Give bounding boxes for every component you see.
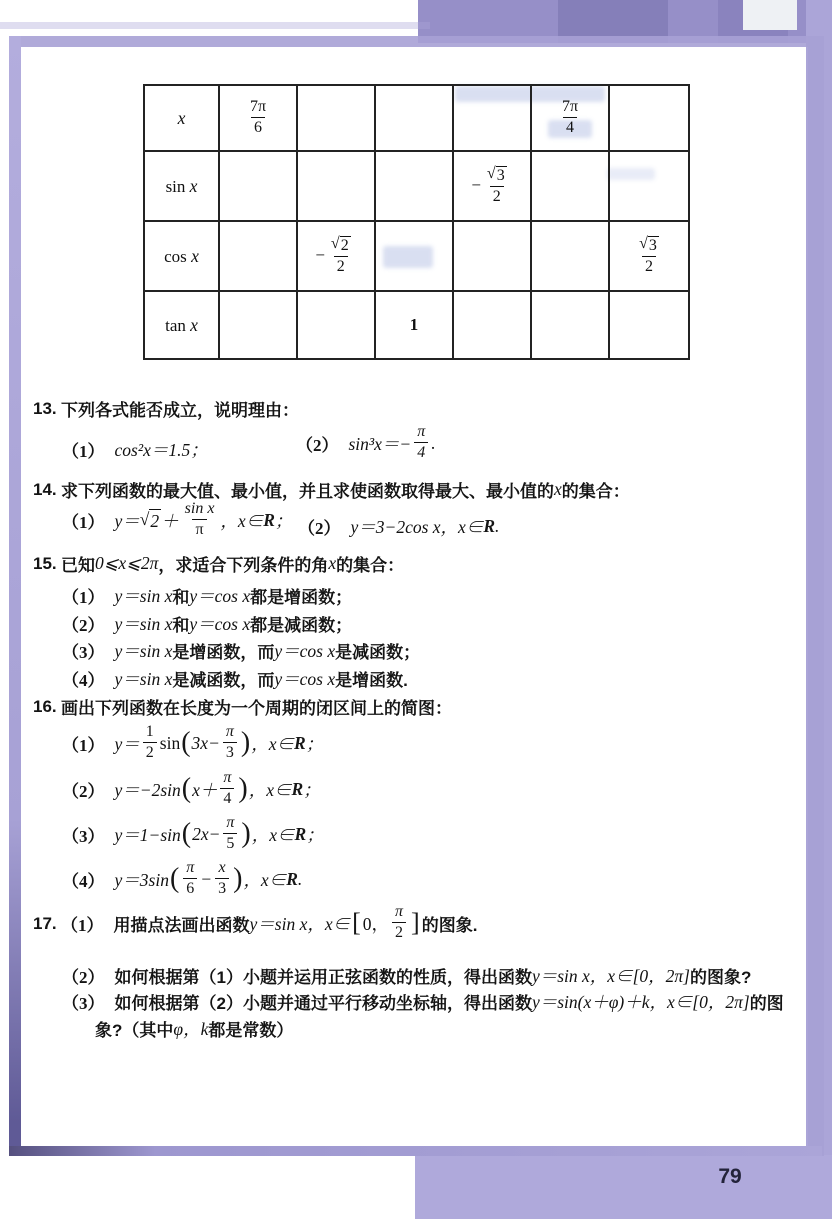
row-header-sin: sin x <box>144 151 219 221</box>
problem-number: 16. <box>33 697 61 717</box>
cell-sin-2 <box>297 151 375 221</box>
problem-number: 17. <box>33 914 61 934</box>
cell-x-1: 7π6 <box>219 85 297 151</box>
row-header-cos: cos x <box>144 221 219 291</box>
problem-17-item-2: （2） 如何根据第（1）小题并运用正弦函数的性质，得出函数 y＝sin x，x∈… <box>62 963 751 988</box>
table-row: x 7π6 7π4 <box>144 85 689 151</box>
problem-number: 15. <box>33 554 61 574</box>
cell-tan-4 <box>453 291 531 359</box>
cell-tan-6 <box>609 291 689 359</box>
cell-x-3 <box>375 85 453 151</box>
problem-14-item-2: （2） y＝3−2cos x ，x∈ R . <box>298 514 499 539</box>
border-white-notch <box>743 0 797 30</box>
problem-16-item-1: （1） y＝ 12 sin ( 3x− π3 ) ，x∈ R ； <box>62 725 323 762</box>
row-header-tan: tan x <box>144 291 219 359</box>
problem-16-item-2: （2） y＝−2sin ( x＋ π4 ) ，x∈ R ； <box>62 771 321 808</box>
table-row: cos x −√22 √32 <box>144 221 689 291</box>
cell-sin-3 <box>375 151 453 221</box>
problem-15-item-1: （1） y＝sin x 和 y＝cos x 都是增函数； <box>62 583 352 608</box>
problem-title: 下列各式能否成立，说明理由： <box>61 396 299 421</box>
cell-cos-1 <box>219 221 297 291</box>
cell-sin-6 <box>609 151 689 221</box>
problem-14-item-1: （1） y＝ √2 ＋ sin xπ ，x∈ R ； <box>62 502 292 539</box>
problem-14-title: 14. 求下列函数的最大值、最小值，并且求使函数取得最大、最小值的 x 的集合： <box>33 477 630 502</box>
cell-x-4 <box>453 85 531 151</box>
page-frame-left <box>9 36 21 1156</box>
problem-17-item-3: （3） 如何根据第（2）小题并通过平行移动坐标轴，得出函数 y＝sin(x＋φ)… <box>62 989 784 1014</box>
cell-tan-1 <box>219 291 297 359</box>
cell-tan-5 <box>531 291 609 359</box>
cell-cos-5 <box>531 221 609 291</box>
cell-sin-5 <box>531 151 609 221</box>
problem-17-item-1: 17. （1） 用描点法画出函数 y＝sin x，x∈ [ 0， π2 ] 的图… <box>33 905 477 942</box>
page-frame-top <box>10 36 822 47</box>
cell-sin-1 <box>219 151 297 221</box>
page-frame-bottom <box>9 1146 822 1156</box>
cell-x-6 <box>609 85 689 151</box>
problem-15-item-3: （3） y＝sin x 是增函数，而 y＝cos x 是减函数； <box>62 638 420 663</box>
border-smudge <box>0 22 430 29</box>
problem-number: 14. <box>33 480 61 500</box>
problem-15-title: 15. 已知 0⩽x⩽2π ，求适合下列条件的角 x 的集合： <box>33 551 404 576</box>
trig-table: x 7π6 7π4 sin x −√32 cos x <box>143 84 690 360</box>
page-frame-right <box>808 36 824 1156</box>
problem-13-item-1: （1） cos²x＝1.5； <box>62 437 208 462</box>
page-number: 79 <box>698 1165 762 1189</box>
problem-15-item-4: （4） y＝sin x 是减函数，而 y＝cos x 是增函数. <box>62 666 408 691</box>
problem-17-item-3-line2: 象?（其中 φ，k 都是常数） <box>95 1016 293 1041</box>
problem-15-item-2: （2） y＝sin x 和 y＝cos x 都是减函数； <box>62 611 352 636</box>
problem-16-title: 16. 画出下列函数在长度为一个周期的闭区间上的简图： <box>33 694 452 719</box>
page-border-bottom <box>415 1155 832 1219</box>
cell-tan-3: 1 <box>375 291 453 359</box>
table-row: sin x −√32 <box>144 151 689 221</box>
cell-cos-3 <box>375 221 453 291</box>
cell-cos-4 <box>453 221 531 291</box>
cell-sin-4: −√32 <box>453 151 531 221</box>
problem-13-title: 13. 下列各式能否成立，说明理由： <box>33 396 299 421</box>
cell-cos-6: √32 <box>609 221 689 291</box>
problem-16-item-3: （3） y＝1−sin ( 2x− π5 ) ，x∈ R ； <box>62 816 324 853</box>
table-row: tan x 1 <box>144 291 689 359</box>
cell-x-2 <box>297 85 375 151</box>
cell-cos-2: −√22 <box>297 221 375 291</box>
cell-x-5: 7π4 <box>531 85 609 151</box>
problem-number: 13. <box>33 399 61 419</box>
problem-16-item-4: （4） y＝3sin ( π6 − x3 ) ，x∈ R . <box>62 861 302 898</box>
cell-tan-2 <box>297 291 375 359</box>
problem-13-item-2: （2） sin³x＝− π4 . <box>296 425 436 462</box>
row-header-x: x <box>144 85 219 151</box>
